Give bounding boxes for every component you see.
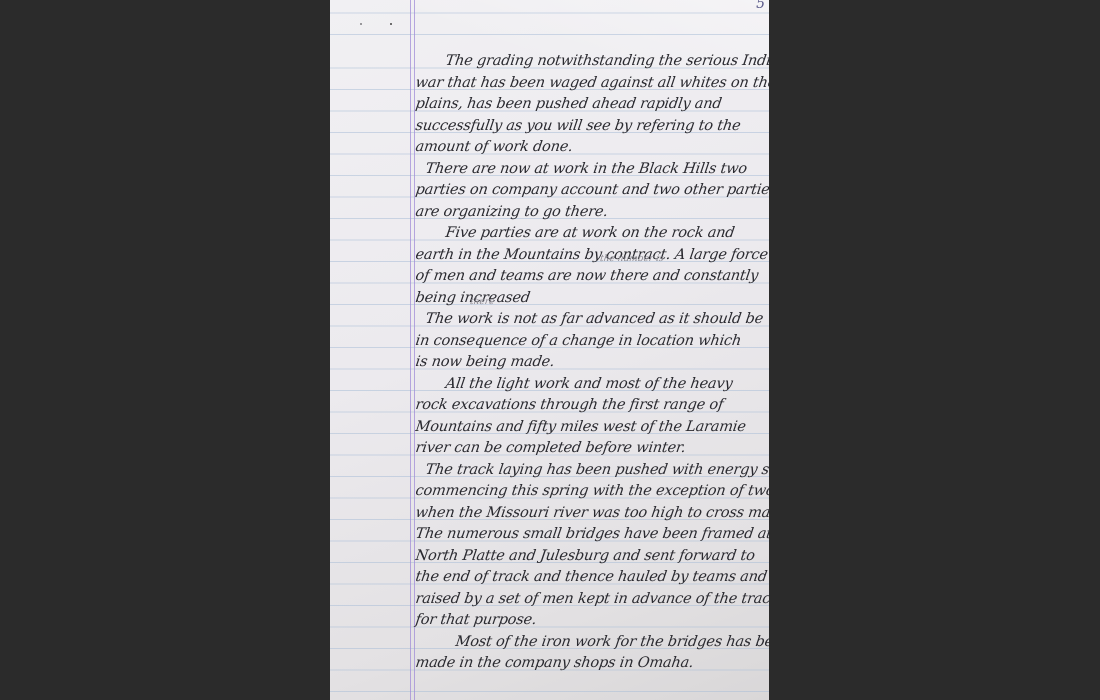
text-line: is now being made. <box>414 352 769 374</box>
document-viewer: 5 The grading notwithstanding the seriou… <box>0 0 1100 700</box>
text-line: raised by a set of men kept in advance o… <box>414 589 769 611</box>
text-line: Five parties are at work on the rock and <box>414 223 769 245</box>
text-line: are organizing to go there. <box>414 202 769 224</box>
text-line: amount of work done. <box>414 137 769 159</box>
text-line: the end of track and thence hauled by te… <box>414 567 769 589</box>
text-line: successfully as you will see by refering… <box>414 116 769 138</box>
paper-speck <box>360 23 362 25</box>
text-line: being increased <box>414 288 769 310</box>
text-line: The track laying has been pushed with en… <box>414 460 769 482</box>
text-line: The work is not as far advanced as it sh… <box>414 309 769 331</box>
text-line: river can be completed before winter. <box>414 438 769 460</box>
text-line: earth in the Mountains by contract. A la… <box>414 245 769 267</box>
text-line: parties on company account and two other… <box>414 180 769 202</box>
text-line: when the Missouri river was too high to … <box>414 503 769 525</box>
text-line: The numerous small bridges have been fra… <box>414 524 769 546</box>
text-line: plains, has been pushed ahead rapidly an… <box>414 94 769 116</box>
paper-speck <box>390 23 392 25</box>
text-line: Most of the iron work for the bridges ha… <box>414 632 769 654</box>
text-line: Mountains and fifty miles west of the La… <box>414 417 769 439</box>
interlinear-insertion: there <box>469 297 495 307</box>
text-line: of men and teams are now there and const… <box>414 266 769 288</box>
text-line: made in the company shops in Omaha. <box>414 653 769 675</box>
text-line: North Platte and Julesburg and sent forw… <box>414 546 769 568</box>
manuscript-page: 5 The grading notwithstanding the seriou… <box>330 0 769 700</box>
text-line: war that has been waged against all whit… <box>414 73 769 95</box>
text-line: The grading notwithstanding the serious … <box>414 51 769 73</box>
manuscript-text: The grading notwithstanding the serious … <box>414 51 769 675</box>
interlinear-insertion: the number is <box>599 254 664 264</box>
text-line: rock excavations through the first range… <box>414 395 769 417</box>
text-line: for that purpose. <box>414 610 769 632</box>
margin-line <box>410 0 411 700</box>
text-line: in consequence of a change in location w… <box>414 331 769 353</box>
text-line: All the light work and most of the heavy <box>414 374 769 396</box>
text-line: There are now at work in the Black Hills… <box>414 159 769 181</box>
page-number: 5 <box>756 0 765 12</box>
text-line: commencing this spring with the exceptio… <box>414 481 769 503</box>
